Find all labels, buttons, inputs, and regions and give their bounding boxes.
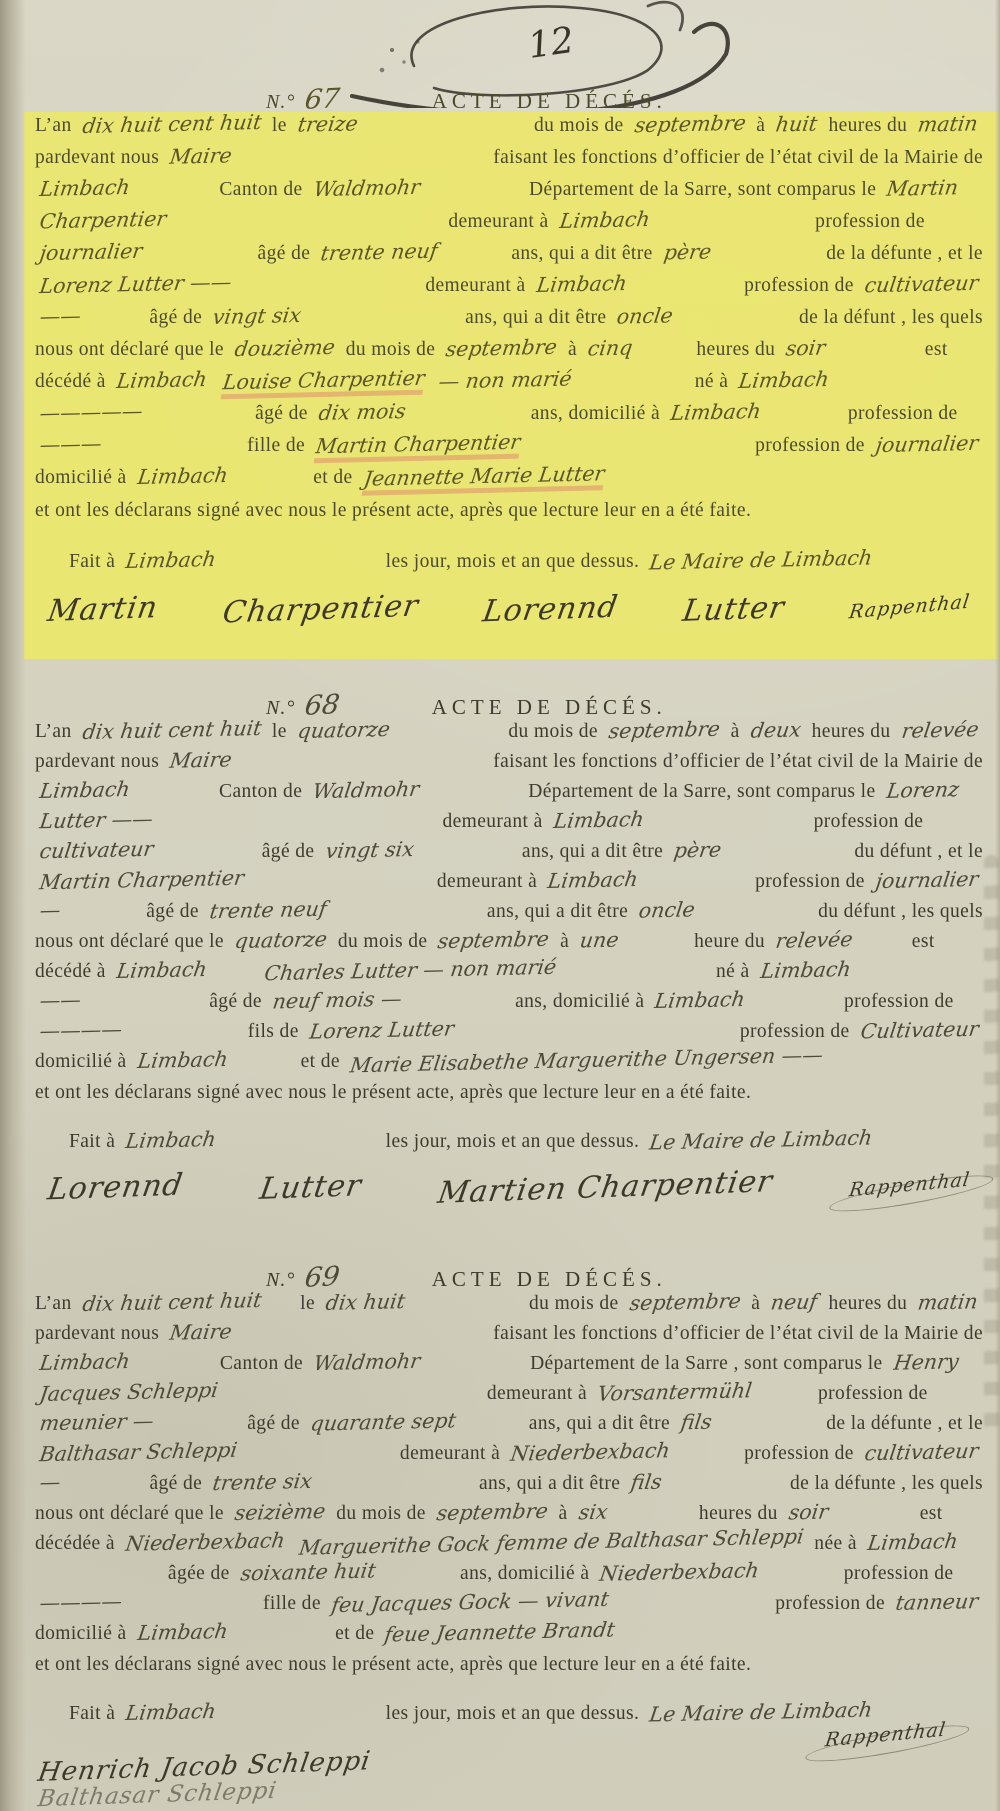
printed-text: âgé de (209, 991, 262, 1013)
printed-text: du défunt , et le (854, 841, 983, 863)
printed-text: âgé de (258, 243, 311, 265)
handwritten-text: ———— (38, 1589, 124, 1615)
printed-text: du défunt , les quels (818, 901, 983, 923)
handwritten-text: dix huit cent huit (81, 1288, 263, 1316)
record-line: nous ont déclaré que leseizièmedu mois d… (32, 1500, 986, 1530)
record-title: ACTE DE DÉCÉS. (432, 695, 667, 720)
printed-text: heures du (828, 115, 907, 137)
printed-text: domicilié à (35, 1623, 127, 1645)
handwritten-text: quatorze (233, 927, 328, 953)
handwritten-text: Limbach (535, 271, 628, 297)
printed-text: L’an (35, 721, 72, 743)
printed-text: à (568, 339, 577, 361)
signature: Lorennd (45, 1168, 185, 1208)
printed-text: à (756, 115, 765, 137)
handwritten-text: père (673, 837, 724, 862)
handwritten-text: journalier (874, 431, 980, 457)
printed-text: pardevant nous (35, 1323, 159, 1345)
handwritten-text: Limbach (552, 807, 645, 833)
printed-text: profession de (818, 1383, 928, 1405)
handwritten-text: Balthasar Schleppi (38, 1438, 239, 1466)
printed-text: le (300, 1293, 315, 1315)
handwritten-text: Limbach (738, 367, 831, 393)
handwritten-text: oncle (616, 303, 675, 328)
printed-text: fille de (247, 435, 305, 457)
handwritten-text: Limbach (546, 867, 639, 893)
handwritten-text: Marie Elisabethe Marguerithe Ungersen —— (349, 1043, 825, 1078)
handwritten-text: une (578, 928, 620, 953)
record-header: N.°68ACTE DE DÉCÉS. (32, 690, 986, 718)
record-line: décédé àLimbachLouise Charpentier— non m… (32, 368, 986, 400)
printed-text: du mois de (336, 1503, 426, 1525)
printed-text: à (560, 931, 569, 953)
printed-text: domicilié à (35, 467, 127, 489)
handwritten-text: soir (785, 336, 828, 361)
acte-record-67: N.°67ACTE DE DÉCÉS.L’andix huit cent hui… (32, 84, 986, 627)
printed-text: à (751, 1293, 760, 1315)
handwritten-text: Limbach (866, 1529, 959, 1555)
printed-text: âgée de (168, 1563, 230, 1585)
printed-text: Département de la Sarre, sont comparus l… (529, 179, 876, 201)
printed-text: né à (716, 961, 750, 983)
handwritten-text: meunier — (38, 1409, 155, 1436)
printed-text: Département de la Sarre, sont comparus l… (528, 781, 875, 803)
record-line: ———fille deMartin Charpentierprofession … (32, 432, 986, 464)
handwritten-text: Limbach (124, 1127, 217, 1153)
signature: Rappenthal (847, 1169, 971, 1202)
handwritten-text: trente neuf (319, 239, 439, 266)
handwritten-text: septembre (437, 927, 551, 954)
printed-text: du mois de (529, 1293, 619, 1315)
signature: Martin (45, 590, 160, 629)
handwritten-text: soixante huit (239, 1558, 377, 1585)
handwritten-text: Limbach (558, 207, 651, 233)
record-line: ——âgé deneuf mois —ans, domicilié àLimba… (32, 988, 986, 1018)
printed-text: Département de la Sarre , sont comparus … (530, 1353, 883, 1375)
record-line: —âgé detrente neufans, qui a dit êtreonc… (32, 898, 986, 928)
signature: Rappenthal (848, 591, 972, 624)
printed-text: profession de (814, 811, 924, 833)
printed-text: demeurant à (437, 871, 537, 893)
record-line: décédée àNiederbexbachMarguerithe Gock f… (32, 1530, 986, 1560)
record-line: nous ont déclaré que ledouzièmedu mois d… (32, 336, 986, 368)
printed-text: ans, domicilié à (460, 1563, 589, 1585)
printed-text: est (912, 931, 935, 953)
record-line: Fait àLimbachles jour, mois et an que de… (32, 1128, 986, 1158)
record-line: —————âgé dedix moisans, domicilié àLimba… (32, 400, 986, 432)
printed-text: âgé de (149, 307, 202, 329)
record-line: LimbachCanton deWaldmohrDépartement de l… (32, 778, 986, 808)
printed-text: le (272, 721, 287, 743)
handwritten-text: Limbach (136, 1047, 229, 1073)
printed-text: âgé de (146, 901, 199, 923)
handwritten-text: Limbach (38, 1349, 131, 1375)
handwritten-text: Limbach (124, 547, 217, 573)
handwritten-text: douzième (233, 335, 336, 361)
printed-text: heures du (696, 339, 775, 361)
handwritten-text: Le Maire de Limbach (648, 1697, 874, 1726)
printed-text: de la défunte , les quels (790, 1473, 983, 1495)
record-number: 68 (303, 689, 341, 722)
printed-text: le (272, 115, 287, 137)
handwritten-text: seizième (233, 1499, 327, 1525)
handwritten-text: Marguerithe Gock femme de Balthasar Schl… (298, 1524, 806, 1559)
handwritten-text: Limbach (38, 175, 131, 201)
printed-text: ans, qui a dit être (479, 1473, 620, 1495)
printed-text: est (925, 339, 948, 361)
printed-text: profession de (744, 1443, 854, 1465)
printed-text: ans, qui a dit être (487, 901, 628, 923)
record-line: nous ont déclaré que lequatorzedu mois d… (32, 928, 986, 958)
printed-text: du mois de (534, 115, 624, 137)
handwritten-text: Henry (892, 1349, 960, 1374)
printed-text: Fait à (69, 1131, 115, 1153)
margin-ink-bleed (984, 855, 999, 1435)
record-line: et ont les déclarans signé avec nous le … (32, 1082, 986, 1112)
printed-text: profession de (775, 1593, 885, 1615)
handwritten-text: Limbach (669, 399, 762, 425)
handwritten-text: Vorsantermühl (596, 1378, 753, 1405)
handwritten-text: treize (296, 111, 359, 136)
printed-text: pardevant nous (35, 147, 159, 169)
handwritten-text: trente neuf (208, 897, 328, 924)
handwritten-text: Charles Lutter — non marié (263, 955, 558, 986)
handwritten-text: Waldmohr (311, 777, 421, 803)
printed-text: L’an (35, 115, 72, 137)
handwritten-text: oncle (638, 897, 697, 922)
handwritten-text: fils (630, 1470, 664, 1495)
handwritten-text: matin (917, 111, 980, 136)
printed-text: ans, qui a dit être (522, 841, 663, 863)
printed-text: demeurant à (400, 1443, 500, 1465)
handwritten-text: — (38, 898, 62, 922)
handwritten-text: —— (38, 304, 82, 329)
handwritten-text: matin (917, 1289, 980, 1314)
record-title: ACTE DE DÉCÉS. (432, 1267, 667, 1292)
record-line: Fait àLimbachles jour, mois et an que de… (32, 1700, 986, 1730)
record-line: LimbachCanton deWaldmohrDépartement de l… (32, 176, 986, 208)
printed-text: domicilié à (35, 1051, 127, 1073)
handwritten-text: Maire (168, 1319, 233, 1344)
record-line: pardevant nousMairefaisant les fonctions… (32, 144, 986, 176)
handwritten-text: fils (679, 1410, 713, 1435)
handwritten-text: Limbach (115, 367, 208, 393)
printed-text: et de (301, 1051, 340, 1073)
record-line: L’andix huit cent huitledix huitdu mois … (32, 1290, 986, 1320)
record-line: et ont les déclarans signé avec nous le … (32, 500, 986, 532)
handwritten-text: septembre (435, 1499, 549, 1526)
handwritten-text: Le Maire de Limbach (648, 545, 874, 574)
record-line: —âgé detrente sixans, qui a dit êtrefils… (32, 1470, 986, 1500)
printed-text: les jour, mois et an que dessus. (386, 1703, 640, 1725)
record-line: Jacques Schleppidemeurant àVorsantermühl… (32, 1380, 986, 1410)
handwritten-text: — non marié (438, 367, 574, 394)
underlined-name: Louise Charpentier (220, 366, 426, 400)
printed-text: du mois de (338, 931, 428, 953)
printed-text: Canton de (219, 781, 302, 803)
printed-text: demeurant à (448, 211, 548, 233)
acte-record-68: N.°68ACTE DE DÉCÉS.L’andix huit cent hui… (32, 690, 986, 1205)
record-line: décédé àLimbachCharles Lutter — non mari… (32, 958, 986, 988)
printed-text: profession de (844, 991, 954, 1013)
printed-text: du mois de (508, 721, 598, 743)
handwritten-text: Limbach (759, 957, 852, 983)
handwritten-text: cultivateur (863, 271, 980, 298)
printed-text: de la défunte , et le (826, 1413, 983, 1435)
underlined-name: Martin Charpentier (314, 430, 522, 464)
record-line: journalierâgé detrente neufans, qui a di… (32, 240, 986, 272)
printed-text: âgé de (247, 1413, 300, 1435)
printed-text: faisant les fonctions d’officier de l’ét… (493, 1323, 983, 1345)
handwritten-text: septembre (444, 335, 558, 362)
handwritten-text: Martin (886, 175, 961, 201)
printed-text: et de (313, 467, 352, 489)
printed-text: Canton de (219, 179, 302, 201)
handwritten-text: Waldmohr (312, 175, 422, 201)
handwritten-text: dix huit cent huit (81, 716, 263, 744)
printed-text: de la défunt , les quels (799, 307, 983, 329)
record-header: N.°69ACTE DE DÉCÉS. (32, 1262, 986, 1290)
handwritten-text: neuf mois — (271, 987, 403, 1014)
handwritten-text: septembre (633, 111, 747, 138)
printed-text: Fait à (69, 551, 115, 573)
record-line: cultivateurâgé devingt sixans, qui a dit… (32, 838, 986, 868)
record-line: domicilié àLimbachet deMarie Elisabethe … (32, 1048, 986, 1078)
handwritten-text: dix huit (324, 1289, 406, 1315)
record-line: ————fils deLorenz Lutterprofession deCul… (32, 1018, 986, 1048)
printed-text: profession de (844, 1563, 954, 1585)
handwritten-text: Lorenz (885, 777, 960, 803)
handwritten-text: vingt six (324, 837, 415, 863)
record-line: pardevant nousMairefaisant les fonctions… (32, 748, 986, 778)
handwritten-text: feu Jacques Gock — vivant (330, 1587, 611, 1617)
handwritten-text: Le Maire de Limbach (648, 1125, 874, 1154)
record-number-label: N.° (266, 1269, 295, 1292)
handwritten-text: relevée (900, 717, 980, 743)
record-header: N.°67ACTE DE DÉCÉS. (32, 84, 986, 112)
signature: Lorennd (480, 590, 620, 630)
handwritten-text: père (662, 239, 713, 264)
handwritten-text: cinq (586, 335, 634, 360)
handwritten-text: quarante sept (309, 1408, 457, 1435)
acte-record-69: N.°69ACTE DE DÉCÉS.L’andix huit cent hui… (32, 1262, 986, 1808)
printed-text: L’an (35, 1293, 72, 1315)
printed-text: du mois de (346, 339, 436, 361)
paper-left-edge (0, 0, 26, 1811)
handwritten-text: — (38, 1470, 62, 1494)
handwritten-text: journalier (38, 239, 144, 265)
record-number-label: N.° (266, 697, 295, 720)
record-line: et ont les déclarans signé avec nous le … (32, 1654, 986, 1684)
printed-text: âgé de (262, 841, 315, 863)
page-number: 12 (526, 20, 577, 67)
record-line: domicilié àLimbachet defeue Jeannette Br… (32, 1620, 986, 1650)
record-line: Lorenz Lutter ——demeurant àLimbachprofes… (32, 272, 986, 304)
printed-text: est (920, 1503, 943, 1525)
record-line: meunier —âgé dequarante septans, qui a d… (32, 1410, 986, 1440)
handwritten-text: ——— (38, 431, 103, 456)
handwritten-text: cultivateur (38, 837, 155, 864)
printed-text: née à (814, 1533, 857, 1555)
record-number: 69 (303, 1261, 341, 1294)
record-number-label: N.° (266, 91, 295, 114)
record-line: ————fille defeu Jacques Gock — vivantpro… (32, 1590, 986, 1620)
record-line: âgée desoixante huitans, domicilié àNied… (32, 1560, 986, 1590)
printed-text: à (731, 721, 740, 743)
printed-text: Canton de (220, 1353, 303, 1375)
printed-text: profession de (755, 871, 865, 893)
printed-text: ans, qui a dit être (465, 307, 606, 329)
handwritten-text: Niederbexbach (509, 1438, 671, 1466)
printed-text: profession de (815, 211, 925, 233)
record-line: Martin Charpentierdemeurant àLimbachprof… (32, 868, 986, 898)
printed-text: et de (335, 1623, 374, 1645)
document-scan: 12 N.°67ACTE DE DÉCÉS.L’andix huit cent … (0, 0, 1000, 1811)
printed-text: âgé de (149, 1473, 202, 1495)
handwritten-text: journalier (874, 867, 980, 893)
handwritten-text: trente six (211, 1469, 313, 1495)
signature: Lutter (257, 1168, 364, 1207)
signature-row: Balthasar Schleppi (32, 1782, 986, 1808)
handwritten-text: Limbach (115, 957, 208, 983)
handwritten-text: Niederbexbach (598, 1558, 760, 1586)
printed-text: décédée à (35, 1533, 115, 1555)
handwritten-text: ————— (38, 399, 144, 425)
printed-text: et ont les déclarans signé avec nous le … (35, 1082, 751, 1104)
handwritten-text: Maire (168, 747, 233, 772)
record-line: pardevant nousMairefaisant les fonctions… (32, 1320, 986, 1350)
record-line: Charpentierdemeurant àLimbachprofession … (32, 208, 986, 240)
handwritten-text: —— (38, 988, 82, 1013)
handwritten-text: dix mois (317, 399, 407, 425)
record-line: L’andix huit cent huitlequatorzedu mois … (32, 718, 986, 748)
signature-row: LorenndLutterMartien CharpentierRappenth… (32, 1170, 986, 1205)
printed-text: demeurant à (425, 275, 525, 297)
handwritten-text: dix huit cent huit (81, 110, 263, 138)
printed-text: ans, qui a dit être (529, 1413, 670, 1435)
underlined-name: Jeannette Marie Lutter (361, 461, 605, 495)
printed-text: pardevant nous (35, 751, 159, 773)
printed-text: à (558, 1503, 567, 1525)
record-line: L’andix huit cent huitletreizedu mois de… (32, 112, 986, 144)
printed-text: profession de (755, 435, 865, 457)
record-line: ——âgé devingt sixans, qui a dit êtreoncl… (32, 304, 986, 336)
handwritten-text: Limbach (136, 1619, 229, 1645)
printed-text: heures du (812, 721, 891, 743)
handwritten-text: Limbach (124, 1699, 217, 1725)
printed-text: ans, domicilié à (515, 991, 644, 1013)
handwritten-text: Lorenz Lutter (308, 1016, 455, 1043)
handwritten-text: deux (749, 717, 802, 742)
handwritten-text: feue Jeannette Brandt (383, 1617, 616, 1646)
handwritten-text: Limbach (654, 987, 747, 1013)
printed-text: profession de (740, 1021, 850, 1043)
printed-text: heures du (828, 1293, 907, 1315)
handwritten-text: Limbach (38, 777, 131, 803)
printed-text: demeurant à (487, 1383, 587, 1405)
printed-text: décédé à (35, 961, 106, 983)
printed-text: les jour, mois et an que dessus. (386, 1131, 640, 1153)
printed-text: nous ont déclaré que le (35, 931, 224, 953)
handwritten-text: ———— (38, 1017, 124, 1043)
record-line: Fait àLimbachles jour, mois et an que de… (32, 548, 986, 580)
handwritten-text: relevée (774, 927, 854, 953)
signature-row: Rappenthal (32, 1730, 986, 1752)
printed-text: profession de (848, 403, 958, 425)
printed-text: décédé à (35, 371, 106, 393)
printed-text: fille de (263, 1593, 321, 1615)
handwritten-text: septembre (607, 717, 721, 744)
printed-text: âgé de (255, 403, 308, 425)
handwritten-text: huit (775, 112, 820, 137)
handwritten-text: Waldmohr (312, 1349, 422, 1375)
printed-text: de la défunte , et le (826, 243, 983, 265)
record-line: domicilié àLimbachet deJeannette Marie L… (32, 464, 986, 496)
handwritten-text: six (577, 1500, 609, 1525)
handwritten-text: Lorenz Lutter —— (38, 270, 233, 298)
signature: Martien Charpentier (435, 1164, 775, 1211)
handwritten-text: cultivateur (863, 1439, 980, 1466)
handwritten-text: septembre (628, 1289, 742, 1316)
printed-text: Fait à (69, 1703, 115, 1725)
printed-text: heure du (694, 931, 765, 953)
handwritten-text: Cultivateur (859, 1017, 980, 1044)
handwritten-text: Jacques Schleppi (38, 1378, 219, 1406)
handwritten-text: Martin Charpentier (38, 866, 246, 895)
printed-text: et ont les déclarans signé avec nous le … (35, 1654, 751, 1676)
handwritten-text: Niederbexbach (124, 1528, 286, 1556)
printed-text: profession de (744, 275, 854, 297)
handwritten-text: Charpentier (38, 207, 168, 234)
record-line: LimbachCanton deWaldmohrDépartement de l… (32, 1350, 986, 1380)
printed-text: nous ont déclaré que le (35, 1503, 224, 1525)
printed-text: né à (695, 371, 729, 393)
printed-text: les jour, mois et an que dessus. (386, 551, 640, 573)
signature: Lutter (680, 590, 787, 629)
printed-text: nous ont déclaré que le (35, 339, 224, 361)
printed-text: ans, domicilié à (531, 403, 660, 425)
record-line: Balthasar Schleppidemeurant àNiederbexba… (32, 1440, 986, 1470)
printed-text: demeurant à (442, 811, 542, 833)
handwritten-text: Maire (168, 143, 233, 168)
record-line: Lutter ——demeurant àLimbachprofession de (32, 808, 986, 838)
record-title: ACTE DE DÉCÉS. (432, 89, 667, 114)
signature: Charpentier (220, 588, 421, 630)
handwritten-text: soir (787, 1500, 830, 1525)
printed-text: fils de (248, 1021, 299, 1043)
handwritten-text: neuf (770, 1289, 820, 1314)
handwritten-text: Limbach (136, 463, 229, 489)
handwritten-text: vingt six (211, 303, 302, 329)
printed-text: faisant les fonctions d’officier de l’ét… (493, 147, 983, 169)
printed-text: faisant les fonctions d’officier de l’ét… (493, 751, 983, 773)
handwritten-text: tanneur (894, 1589, 980, 1615)
handwritten-text: Lutter —— (38, 807, 154, 834)
handwritten-text: quatorze (296, 717, 391, 743)
printed-text: et ont les déclarans signé avec nous le … (35, 500, 751, 522)
printed-text: ans, qui a dit être (511, 243, 652, 265)
signature-row: MartinCharpentierLorenndLutterRappenthal (32, 592, 986, 627)
printed-text: heures du (699, 1503, 778, 1525)
